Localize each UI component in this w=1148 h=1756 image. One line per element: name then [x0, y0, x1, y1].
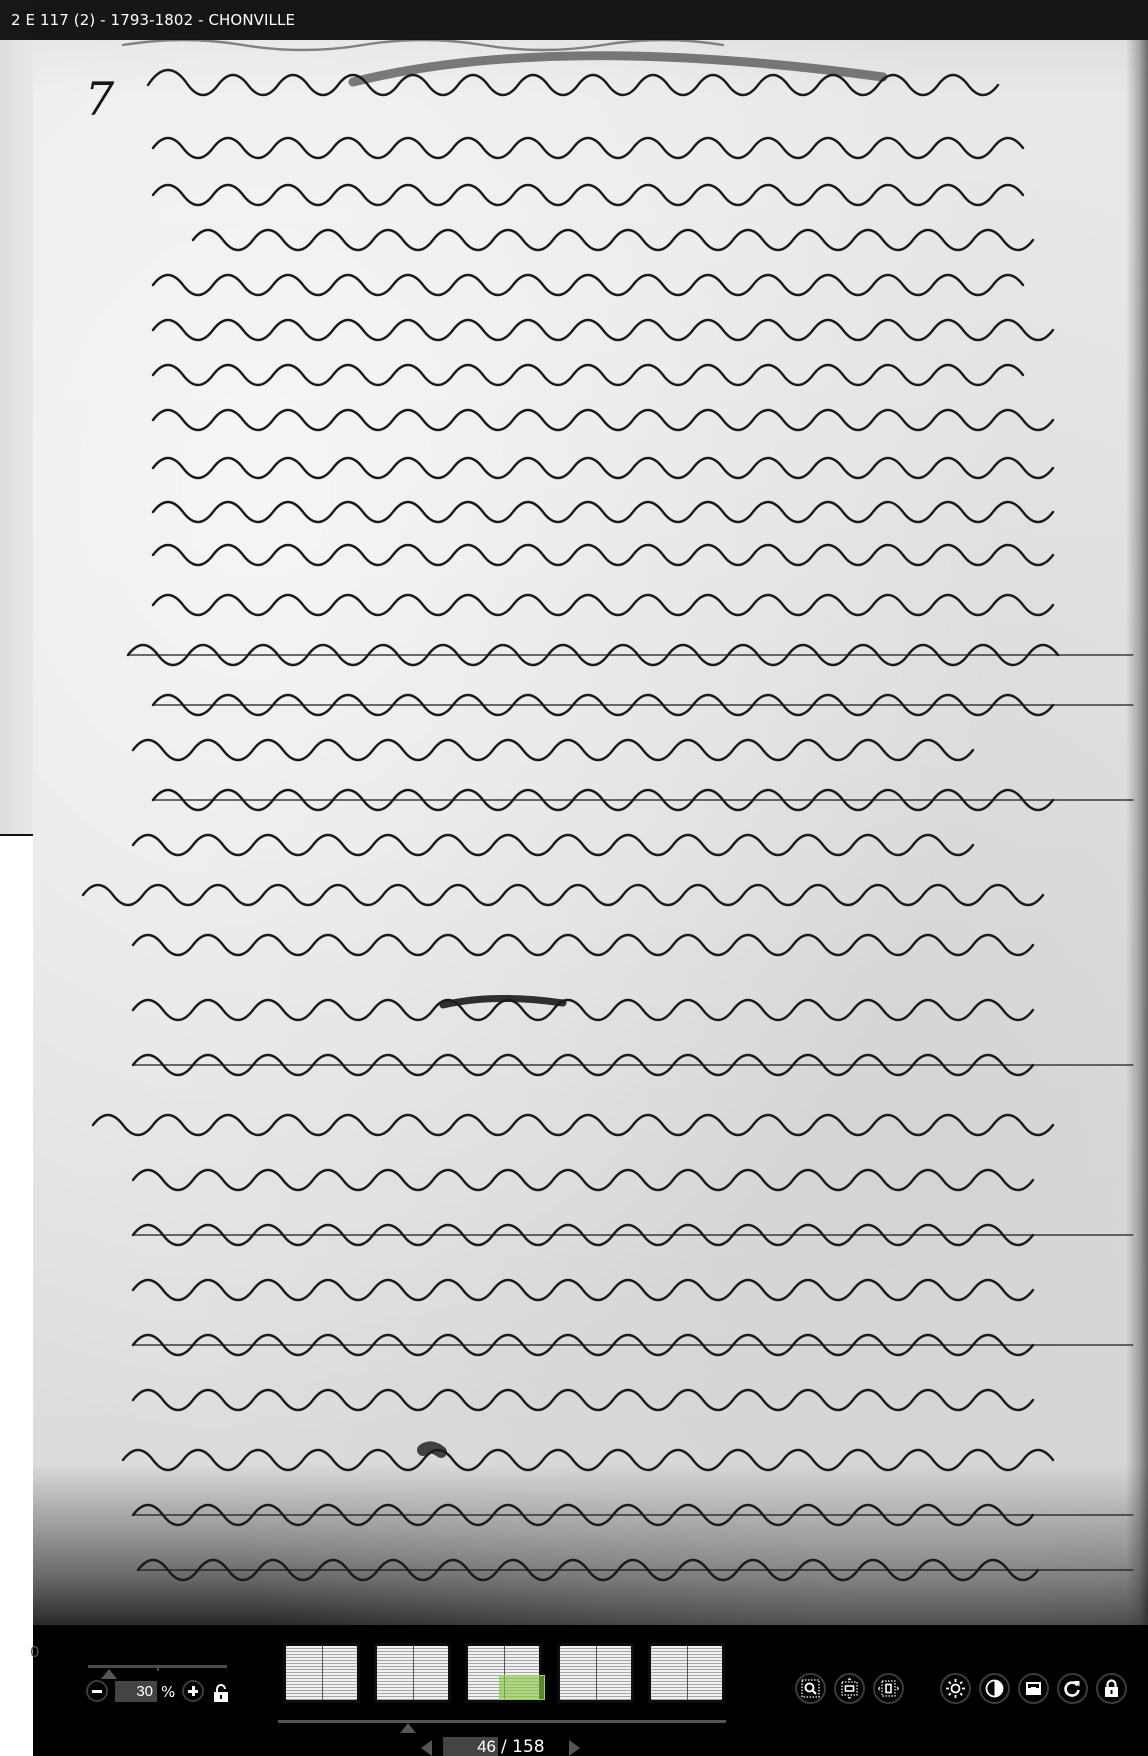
zoom-level-input[interactable] [115, 1681, 157, 1702]
brightness-button[interactable] [940, 1673, 971, 1704]
previous-page-button[interactable] [421, 1740, 432, 1756]
thumbnail-image [286, 1646, 357, 1700]
thumbnail-image [560, 1646, 631, 1700]
fit-height-icon [839, 1678, 860, 1699]
fit-width-icon [878, 1678, 899, 1699]
document-viewport[interactable]: 7 [33, 0, 1148, 1625]
zoom-slider-handle[interactable] [101, 1669, 117, 1679]
fit-height-button[interactable] [834, 1673, 865, 1704]
page-number-input[interactable] [443, 1737, 498, 1756]
rotate-icon [1062, 1678, 1083, 1699]
act-number: 7 [85, 72, 114, 126]
viewport-indicator[interactable] [499, 1675, 545, 1700]
thumbnail-image [651, 1646, 722, 1700]
thumbnail-spine [687, 1646, 688, 1700]
image-adjust-button[interactable] [1018, 1673, 1049, 1704]
document-title: 2 E 117 (2) - 1793-1802 - CHONVILLE [11, 11, 295, 29]
contrast-icon [984, 1678, 1005, 1699]
stray-label: 0 [30, 1643, 40, 1661]
image-frame-icon [1023, 1678, 1044, 1699]
zoom-region-button[interactable] [795, 1673, 826, 1704]
sun-icon [945, 1678, 966, 1699]
zoom-slider-tick [157, 1667, 159, 1671]
title-bar: 2 E 117 (2) - 1793-1802 - CHONVILLE [0, 0, 1148, 40]
unlocked-padlock-icon [213, 1684, 229, 1702]
thumbnail-page[interactable] [648, 1643, 725, 1703]
thumbnail-page[interactable] [374, 1643, 451, 1703]
thumbnail-page[interactable] [557, 1643, 634, 1703]
contrast-button[interactable] [979, 1673, 1010, 1704]
thumbnail-spine [413, 1646, 414, 1700]
magnifier-selection-icon [800, 1678, 821, 1699]
fit-width-button[interactable] [873, 1673, 904, 1704]
thumbnail-page[interactable] [283, 1643, 360, 1703]
lock-button[interactable] [1096, 1673, 1127, 1704]
outer-page-rule [0, 834, 33, 836]
thumbnail-spine [596, 1646, 597, 1700]
handwritten-text [33, 0, 1148, 1625]
zoom-lock-toggle[interactable] [213, 1684, 229, 1702]
document-overflow-left [0, 40, 33, 834]
zoom-unit: % [161, 1683, 175, 1701]
zoom-out-button[interactable] [86, 1680, 108, 1702]
thumbnail-scrollbar[interactable] [278, 1720, 726, 1723]
thumbnail-spine [322, 1646, 323, 1700]
padlock-icon [1101, 1678, 1122, 1699]
thumbnail-page-current[interactable] [465, 1643, 542, 1703]
minus-icon [92, 1690, 102, 1693]
thumbnail-scroll-handle[interactable] [400, 1723, 416, 1733]
next-page-button[interactable] [569, 1740, 580, 1756]
plus-icon-vertical [192, 1686, 195, 1696]
thumbnail-image [377, 1646, 448, 1700]
page-binding-edge [1126, 40, 1148, 1625]
zoom-in-button[interactable] [182, 1680, 204, 1702]
rotate-button[interactable] [1057, 1673, 1088, 1704]
page-total: / 158 [501, 1737, 545, 1756]
thumbnail-strip [283, 1643, 728, 1707]
